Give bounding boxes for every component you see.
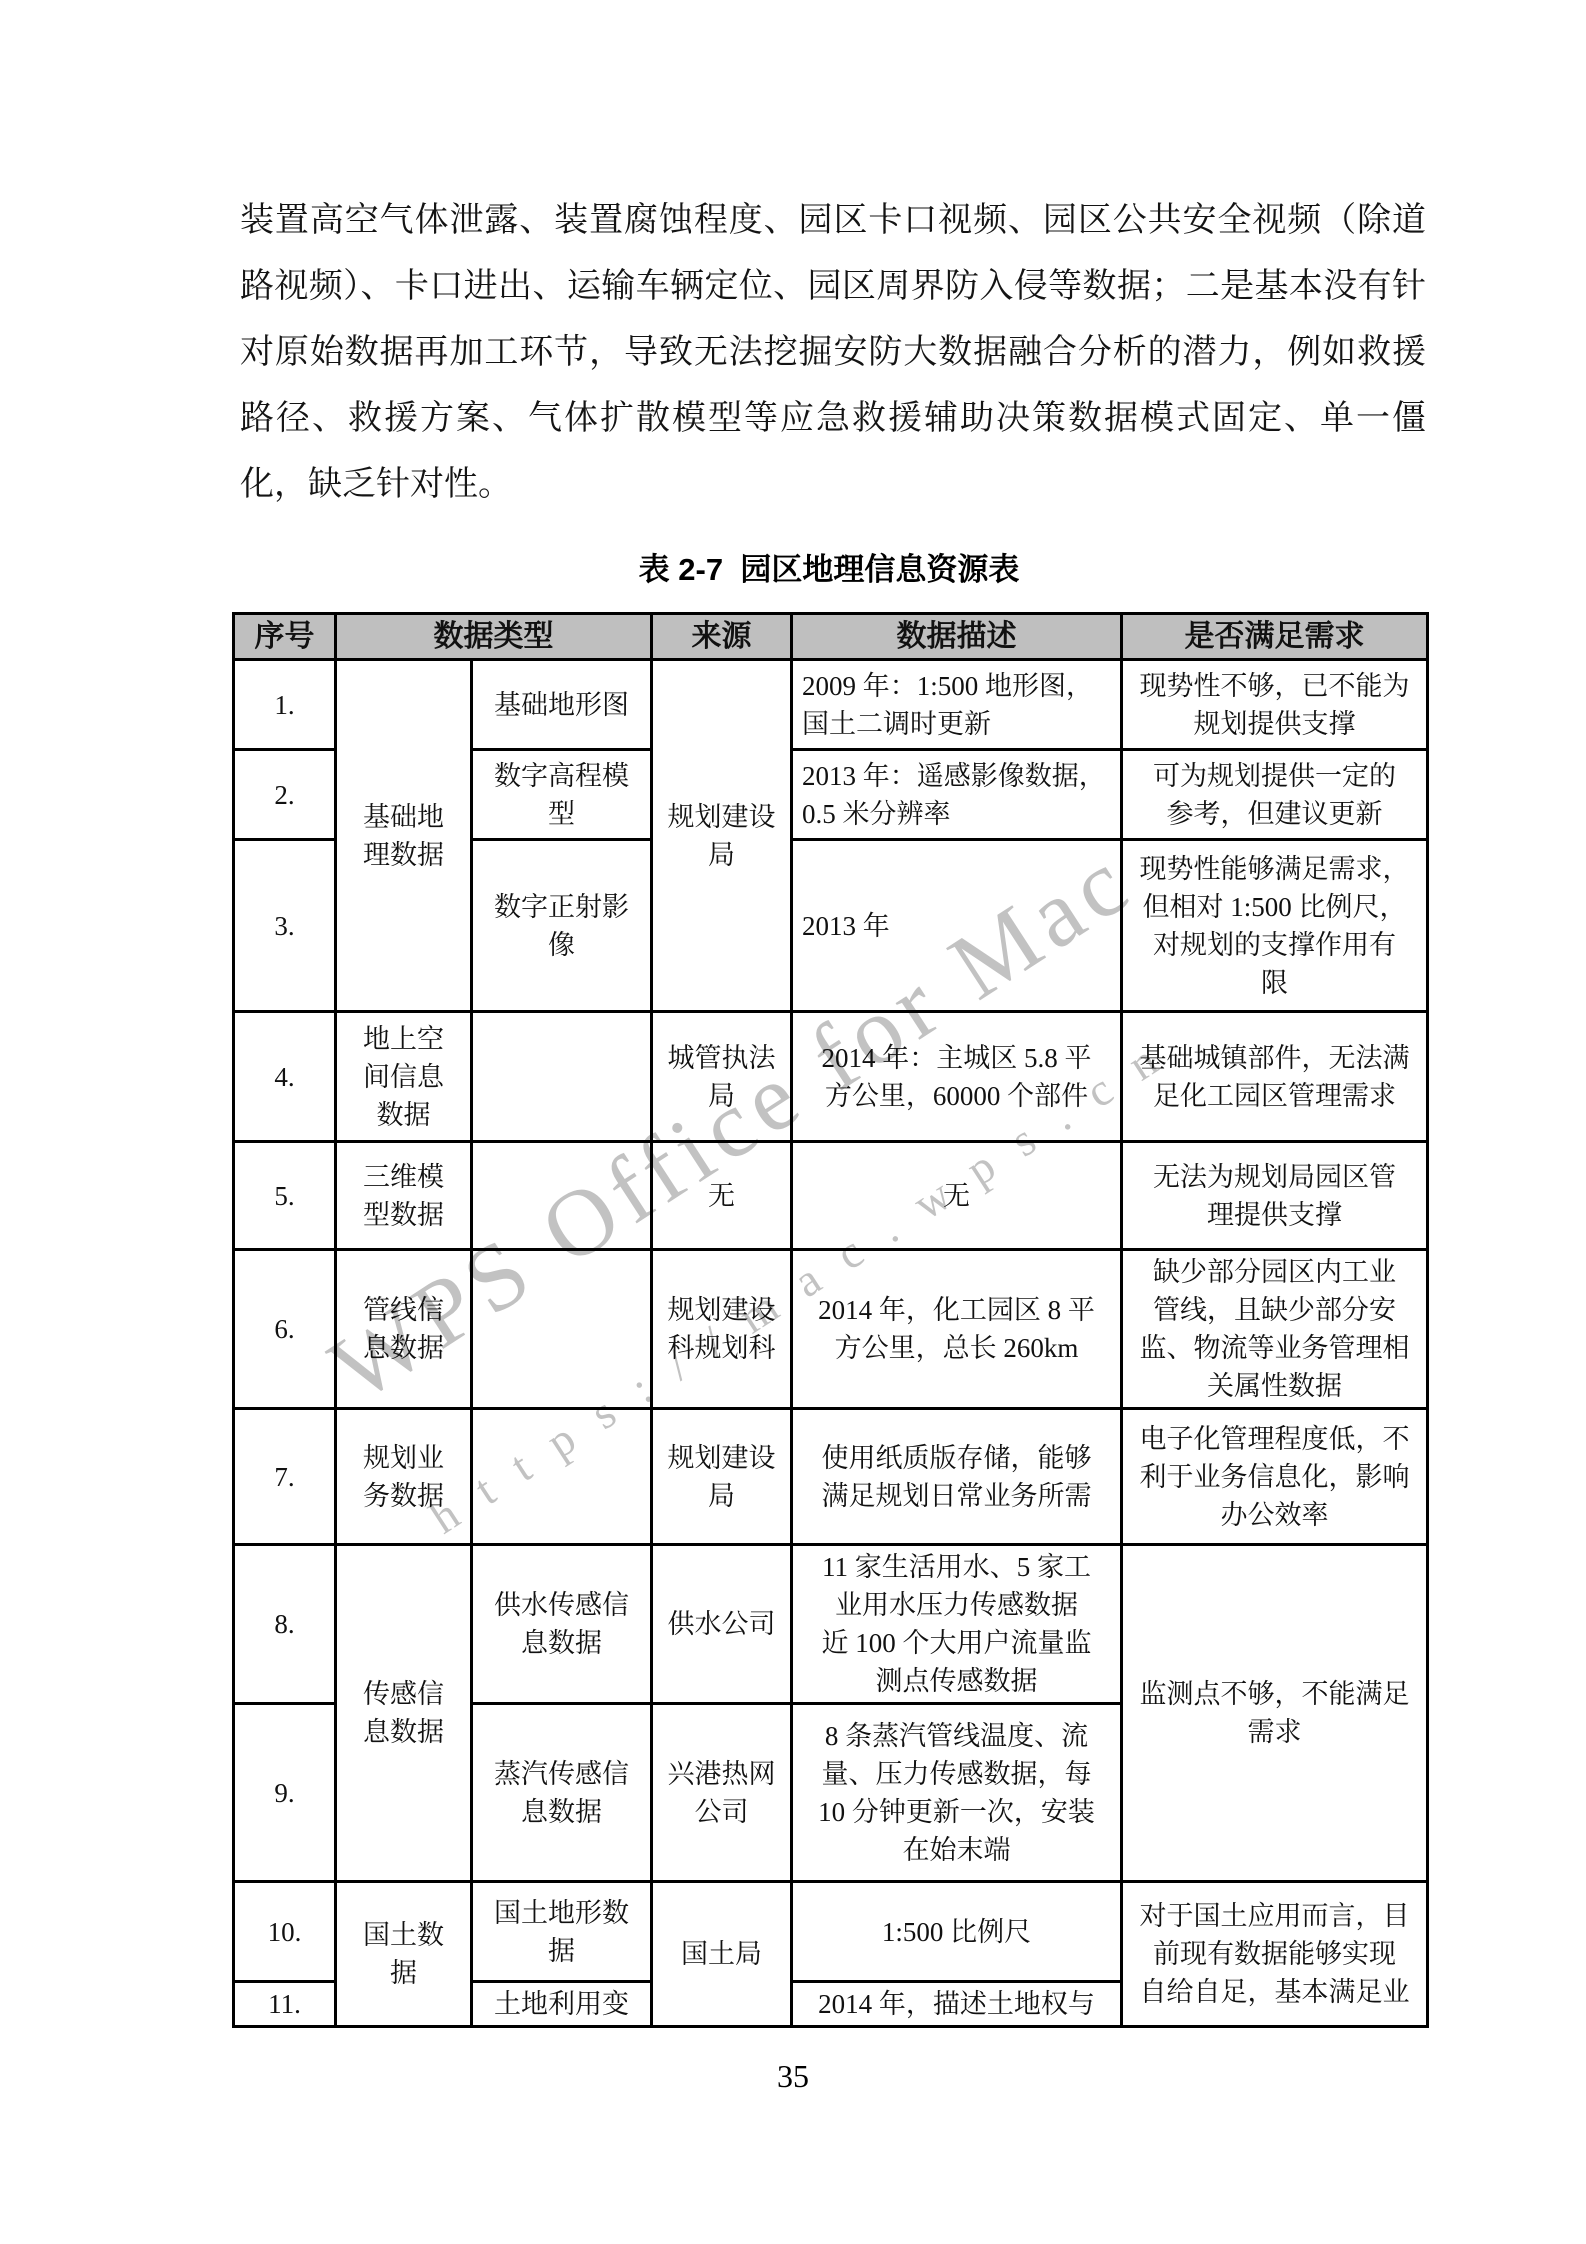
cell-r8-source: 供水公司 [652,1545,792,1704]
cell-r7-type [472,1409,652,1545]
cell-r10-source: 国土局 [652,1882,792,2027]
cell-r5-desc: 无 [792,1142,1122,1250]
cell-r3-result: 现势性能够满足需求， 但相对 1:500 比例尺， 对规划的支撑作用有 限 [1122,840,1428,1012]
cell-r6-type-group: 管线信 息数据 [336,1250,472,1409]
cell-r9-desc: 8 条蒸汽管线温度、流 量、压力传感数据，每 10 分钟更新一次，安装 在始末端 [792,1704,1122,1882]
geo-info-resource-table: 序号 数据类型 来源 数据描述 是否满足需求 1. 基础地 理数据 基础地形图 … [232,612,1429,2028]
table-title: 表 2-7 园区地理信息资源表 [232,544,1426,589]
cell-r8-num: 8. [234,1545,336,1704]
cell-r4-desc: 2014 年：主城区 5.8 平 方公里，60000 个部件 [792,1012,1122,1142]
table-header-row: 序号 数据类型 来源 数据描述 是否满足需求 [234,614,1428,660]
cell-r5-source: 无 [652,1142,792,1250]
page-number: 35 [0,2058,1586,2095]
cell-r11-num: 11. [234,1982,336,2027]
cell-r8-type: 供水传感信 息数据 [472,1545,652,1704]
cell-r4-result: 基础城镇部件，无法满 足化工园区管理需求 [1122,1012,1428,1142]
cell-r2-result: 可为规划提供一定的 参考，但建议更新 [1122,750,1428,840]
cell-r7-result: 电子化管理程度低，不 利于业务信息化，影响 办公效率 [1122,1409,1428,1545]
cell-r6-type [472,1250,652,1409]
table-row: 4. 地上空 间信息 数据 城管执法 局 2014 年：主城区 5.8 平 方公… [234,1012,1428,1142]
table-row: 8. 传感信 息数据 供水传感信 息数据 供水公司 11 家生活用水、5 家工 … [234,1545,1428,1704]
cell-r3-num: 3. [234,840,336,1012]
cell-r6-source: 规划建设 科规划科 [652,1250,792,1409]
col-header-data-type: 数据类型 [336,614,652,660]
document-page: WPS Office for Mac https://mac.wps.cn 装置… [0,0,1586,2244]
table-row: 10. 国土数 据 国土地形数 据 国土局 1:500 比例尺 对于国土应用而言… [234,1882,1428,1982]
cell-r9-source: 兴港热网 公司 [652,1704,792,1882]
cell-r5-type-group: 三维模 型数据 [336,1142,472,1250]
cell-r6-num: 6. [234,1250,336,1409]
cell-r9-num: 9. [234,1704,336,1882]
cell-r4-type [472,1012,652,1142]
cell-r10-type-group: 国土数 据 [336,1882,472,2027]
cell-r4-type-group: 地上空 间信息 数据 [336,1012,472,1142]
body-paragraph: 装置高空气体泄露、装置腐蚀程度、园区卡口视频、园区公共安全视频（除道路视频）、卡… [240,188,1426,518]
cell-r6-desc: 2014 年，化工园区 8 平 方公里，总长 260km [792,1250,1122,1409]
cell-r3-desc: 2013 年 [792,840,1122,1012]
cell-r10-result: 对于国土应用而言，目 前现有数据能够实现 自给自足，基本满足业 [1122,1882,1428,2027]
cell-r1-type: 基础地形图 [472,660,652,750]
col-header-index: 序号 [234,614,336,660]
cell-r5-result: 无法为规划局园区管 理提供支撑 [1122,1142,1428,1250]
cell-r2-type: 数字高程模 型 [472,750,652,840]
col-header-description: 数据描述 [792,614,1122,660]
cell-r11-type: 土地利用变 [472,1982,652,2027]
cell-r8-result: 监测点不够，不能满足 需求 [1122,1545,1428,1882]
cell-r7-source: 规划建设 局 [652,1409,792,1545]
cell-r1-source: 规划建设 局 [652,660,792,1012]
cell-r5-type [472,1142,652,1250]
cell-r10-num: 10. [234,1882,336,1982]
cell-r1-result: 现势性不够，已不能为 规划提供支撑 [1122,660,1428,750]
cell-r11-desc: 2014 年，描述土地权与 [792,1982,1122,2027]
col-header-source: 来源 [652,614,792,660]
cell-r7-num: 7. [234,1409,336,1545]
cell-r7-desc: 使用纸质版存储，能够 满足规划日常业务所需 [792,1409,1122,1545]
table-row: 7. 规划业 务数据 规划建设 局 使用纸质版存储，能够 满足规划日常业务所需 … [234,1409,1428,1545]
cell-r7-type-group: 规划业 务数据 [336,1409,472,1545]
cell-r8-type-group: 传感信 息数据 [336,1545,472,1882]
table-row: 5. 三维模 型数据 无 无 无法为规划局园区管 理提供支撑 [234,1142,1428,1250]
cell-r6-result: 缺少部分园区内工业 管线，且缺少部分安 监、物流等业务管理相 关属性数据 [1122,1250,1428,1409]
table-row: 6. 管线信 息数据 规划建设 科规划科 2014 年，化工园区 8 平 方公里… [234,1250,1428,1409]
table-row: 1. 基础地 理数据 基础地形图 规划建设 局 2009 年：1:500 地形图… [234,660,1428,750]
cell-r4-source: 城管执法 局 [652,1012,792,1142]
cell-r4-num: 4. [234,1012,336,1142]
cell-r10-type: 国土地形数 据 [472,1882,652,1982]
cell-r1-num: 1. [234,660,336,750]
cell-r1-desc: 2009 年：1:500 地形图， 国土二调时更新 [792,660,1122,750]
cell-r2-desc: 2013 年：遥感影像数据， 0.5 米分辨率 [792,750,1122,840]
cell-r8-desc: 11 家生活用水、5 家工 业用水压力传感数据 近 100 个大用户流量监 测点… [792,1545,1122,1704]
col-header-meets-demand: 是否满足需求 [1122,614,1428,660]
cell-r5-num: 5. [234,1142,336,1250]
cell-r9-type: 蒸汽传感信 息数据 [472,1704,652,1882]
cell-r3-type: 数字正射影 像 [472,840,652,1012]
cell-r10-desc: 1:500 比例尺 [792,1882,1122,1982]
cell-r1-type-group: 基础地 理数据 [336,660,472,1012]
cell-r2-num: 2. [234,750,336,840]
